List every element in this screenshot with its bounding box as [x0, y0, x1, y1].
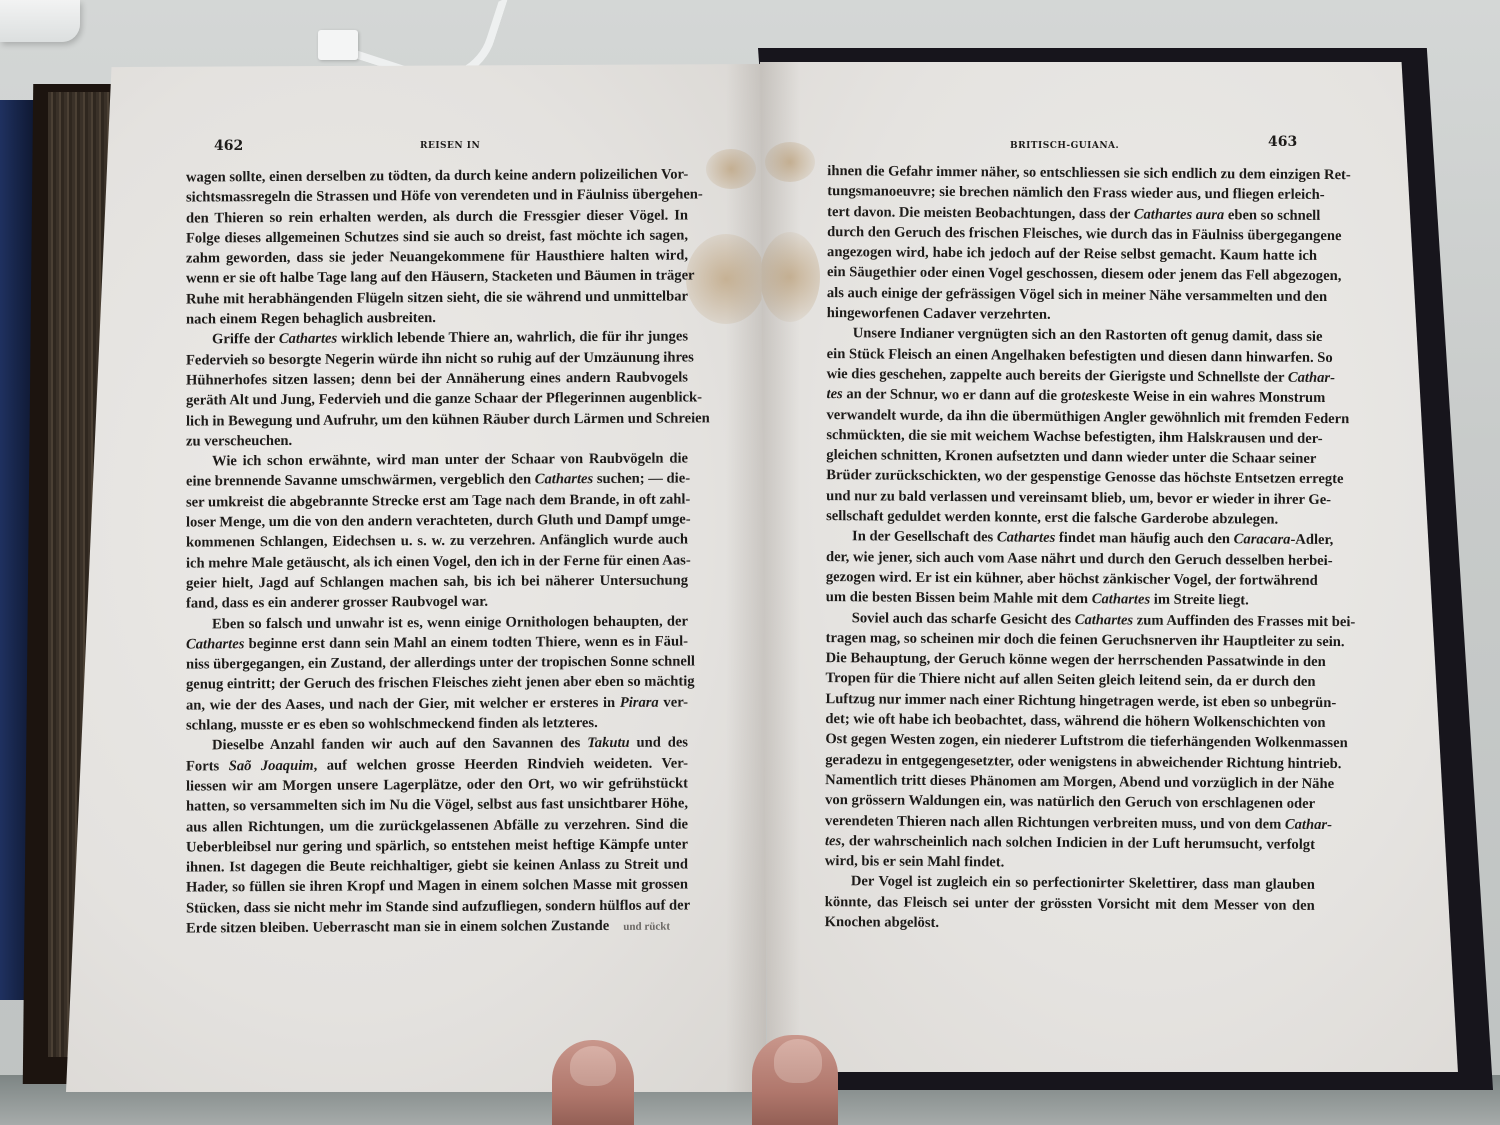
power-adapter — [0, 0, 80, 42]
left-page-body: wagen sollte, einen derselben zu tödten,… — [186, 164, 688, 939]
text-line: Dieselbe Anzahl fanden wir auch auf den … — [186, 733, 688, 756]
text-line: Eben so falsch und unwahr ist es, wenn e… — [186, 611, 688, 634]
text-line: hatten, so versammelten sich im Nu die V… — [186, 794, 688, 817]
text-line: Knochen abgelöst. — [825, 912, 1315, 936]
right-running-head: BRITISCH-GUIANA. — [1010, 141, 1119, 151]
text-line: Ruhe mit herabhängenden Flügeln sitzen s… — [186, 286, 688, 309]
text-line: wenn er sie oft halbe Tage lang auf den … — [186, 266, 688, 289]
text-line: sichtsmassregeln die Strassen und Höfe v… — [186, 185, 688, 208]
text-line: kommenen Schlangen, Eidechsen u. s. w. z… — [186, 530, 688, 553]
catchword: und rückt — [623, 921, 670, 933]
foxing-stain — [706, 149, 756, 189]
text-line: aus allen Richtungen, um die zurückgelas… — [186, 814, 688, 837]
text-line: eine brennende Savanne umschwärmen, verg… — [186, 469, 688, 492]
text-line: geier hielt, Jagd auf Schlangen machen s… — [186, 570, 688, 593]
right-finger — [752, 1035, 838, 1125]
cable-plug — [318, 30, 358, 60]
foxing-stain — [765, 142, 815, 182]
text-line: Erde sitzen bleiben. Ueberrascht man sie… — [186, 915, 688, 939]
gutter-shadow — [760, 62, 800, 1072]
text-line: genug eintritt; der Geruch des frischen … — [186, 672, 688, 695]
fingernail — [570, 1046, 616, 1086]
text-line: an, wie der des Aases, und nach der Gier… — [186, 692, 688, 715]
text-line: lich in Bewegung und Aufruhr, um den küh… — [186, 408, 688, 431]
gutter-shadow — [726, 64, 766, 1092]
foxing-stain — [686, 234, 766, 324]
text-line: geräth Alt und Jung, Federvieh und die g… — [186, 388, 688, 411]
text-line: Hader, so füllen sie ihren Kropf und Mag… — [186, 875, 688, 898]
left-running-head: REISEN IN — [420, 141, 480, 151]
right-page-number: 463 — [1268, 134, 1297, 150]
fingernail — [774, 1039, 822, 1083]
left-finger — [552, 1040, 634, 1125]
foxing-stain — [760, 232, 820, 322]
text-line: Griffe der Cathartes wirklich lebende Th… — [186, 327, 688, 350]
left-page-number: 462 — [214, 138, 243, 154]
right-page-body: ihnen die Gefahr immer näher, so entschl… — [825, 161, 1318, 936]
